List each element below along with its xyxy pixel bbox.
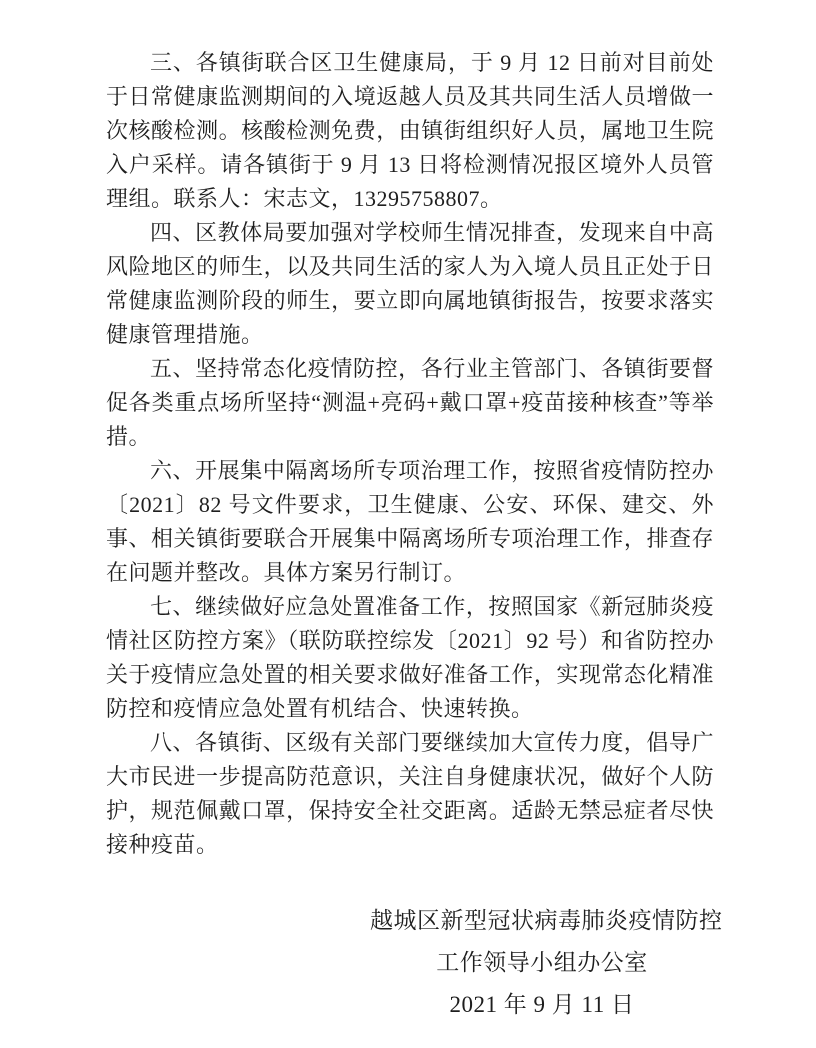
signature-org-line-2: 工作领导小组办公室 bbox=[370, 942, 714, 984]
paragraph-item-8: 八、各镇街、区级有关部门要继续加大宣传力度，倡导广大市民进一步提高防范意识，关注… bbox=[106, 726, 714, 862]
signature-block: 越城区新型冠状病毒肺炎疫情防控 工作领导小组办公室 2021 年 9 月 11 … bbox=[370, 900, 714, 1026]
document-body: 三、各镇街联合区卫生健康局，于 9 月 12 日前对目前处于日常健康监测期间的入… bbox=[106, 46, 714, 862]
paragraph-item-6: 六、开展集中隔离场所专项治理工作，按照省疫情防控办〔2021〕82 号文件要求，… bbox=[106, 454, 714, 590]
paragraph-item-7: 七、继续做好应急处置准备工作，按照国家《新冠肺炎疫情社区防控方案》（联防联控综发… bbox=[106, 590, 714, 726]
paragraph-item-5: 五、坚持常态化疫情防控，各行业主管部门、各镇街要督促各类重点场所坚持“测温+亮码… bbox=[106, 352, 714, 454]
signature-org-line-1: 越城区新型冠状病毒肺炎疫情防控 bbox=[370, 900, 714, 942]
paragraph-item-3: 三、各镇街联合区卫生健康局，于 9 月 12 日前对目前处于日常健康监测期间的入… bbox=[106, 46, 714, 216]
paragraph-item-4: 四、区教体局要加强对学校师生情况排查，发现来自中高风险地区的师生，以及共同生活的… bbox=[106, 216, 714, 352]
signature-date: 2021 年 9 月 11 日 bbox=[370, 984, 714, 1026]
document-page: 三、各镇街联合区卫生健康局，于 9 月 12 日前对目前处于日常健康监测期间的入… bbox=[0, 0, 816, 1048]
